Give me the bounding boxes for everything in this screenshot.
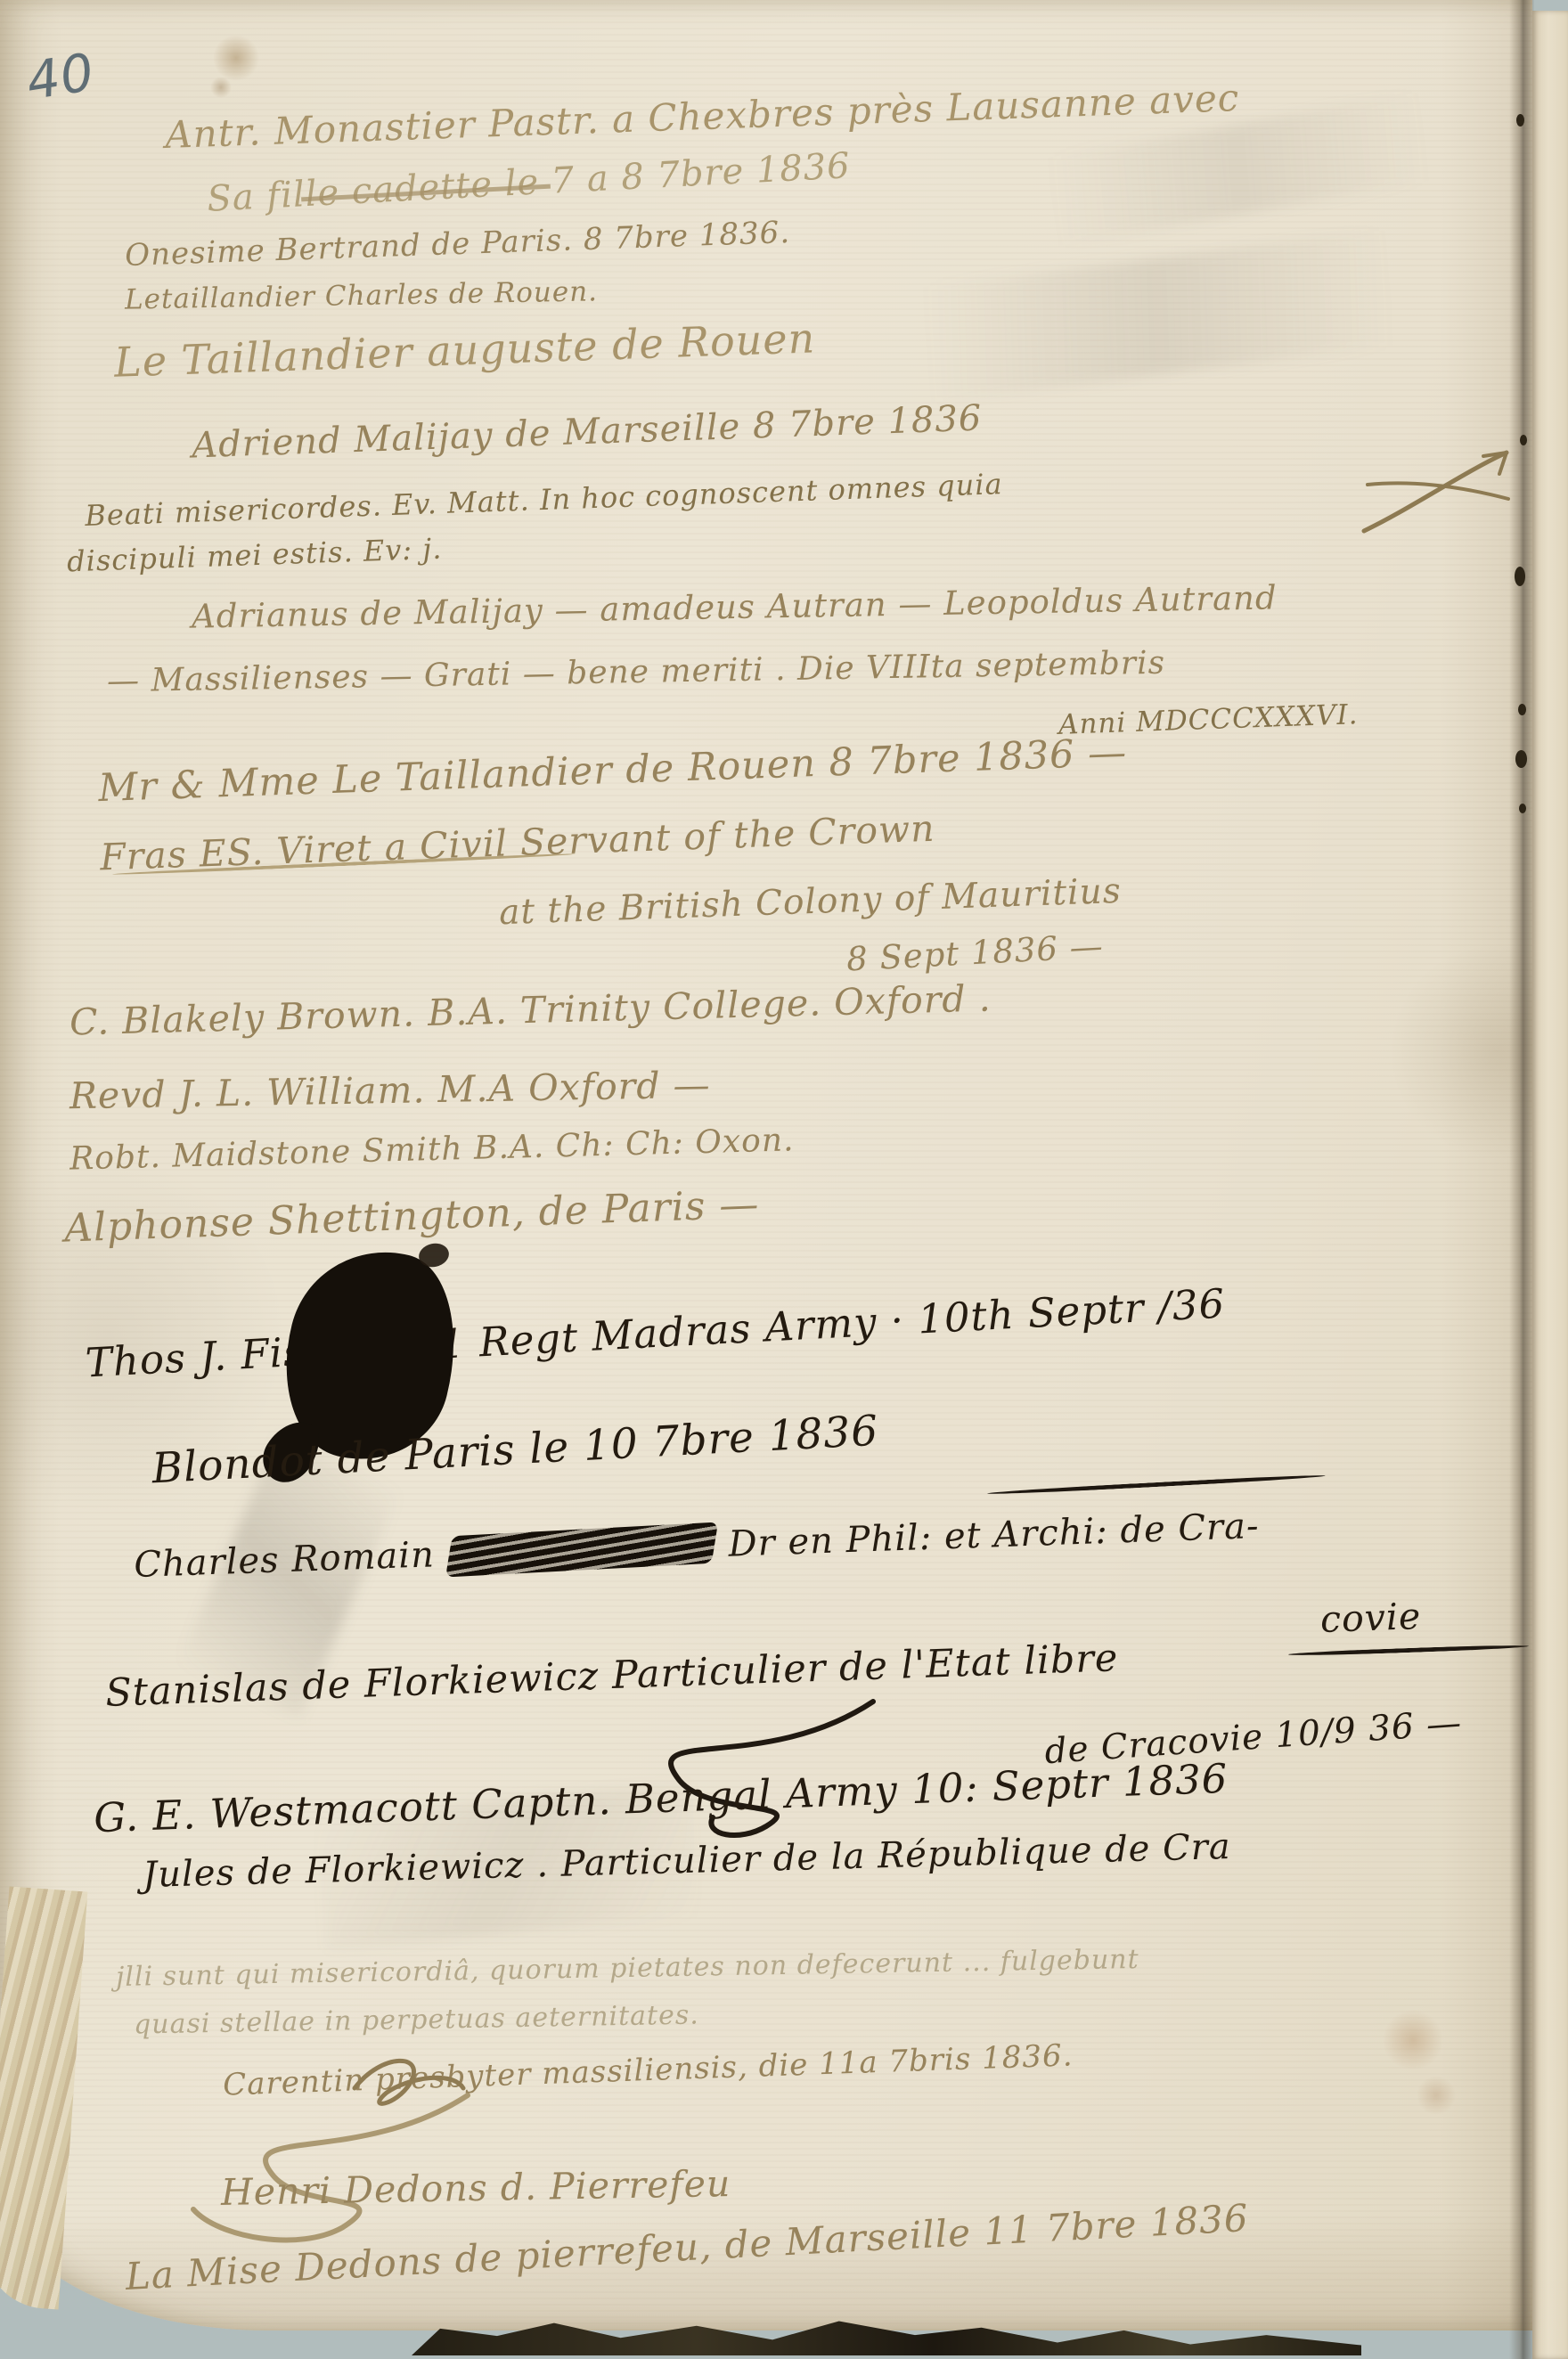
gutter-speck [1518, 704, 1526, 715]
register-entry-dedons: Henri Dedons d. Pierrefeu [221, 2162, 731, 2214]
gutter-speck [1519, 804, 1526, 813]
gutter-speck [1516, 114, 1524, 127]
book-gutter-crease [1509, 0, 1534, 2359]
register-entry-romain-covie: covie [1319, 1595, 1422, 1641]
next-page-edge [1532, 11, 1568, 2359]
pen-flourish-arrow [1359, 444, 1519, 551]
gutter-speck [1515, 750, 1527, 768]
scanned-register-page: { "document": { "type": "handwritten vis… [0, 0, 1568, 2359]
gutter-speck [1515, 567, 1525, 586]
gutter-speck [1520, 435, 1527, 445]
pencil-folio-number: 40 [22, 41, 99, 111]
